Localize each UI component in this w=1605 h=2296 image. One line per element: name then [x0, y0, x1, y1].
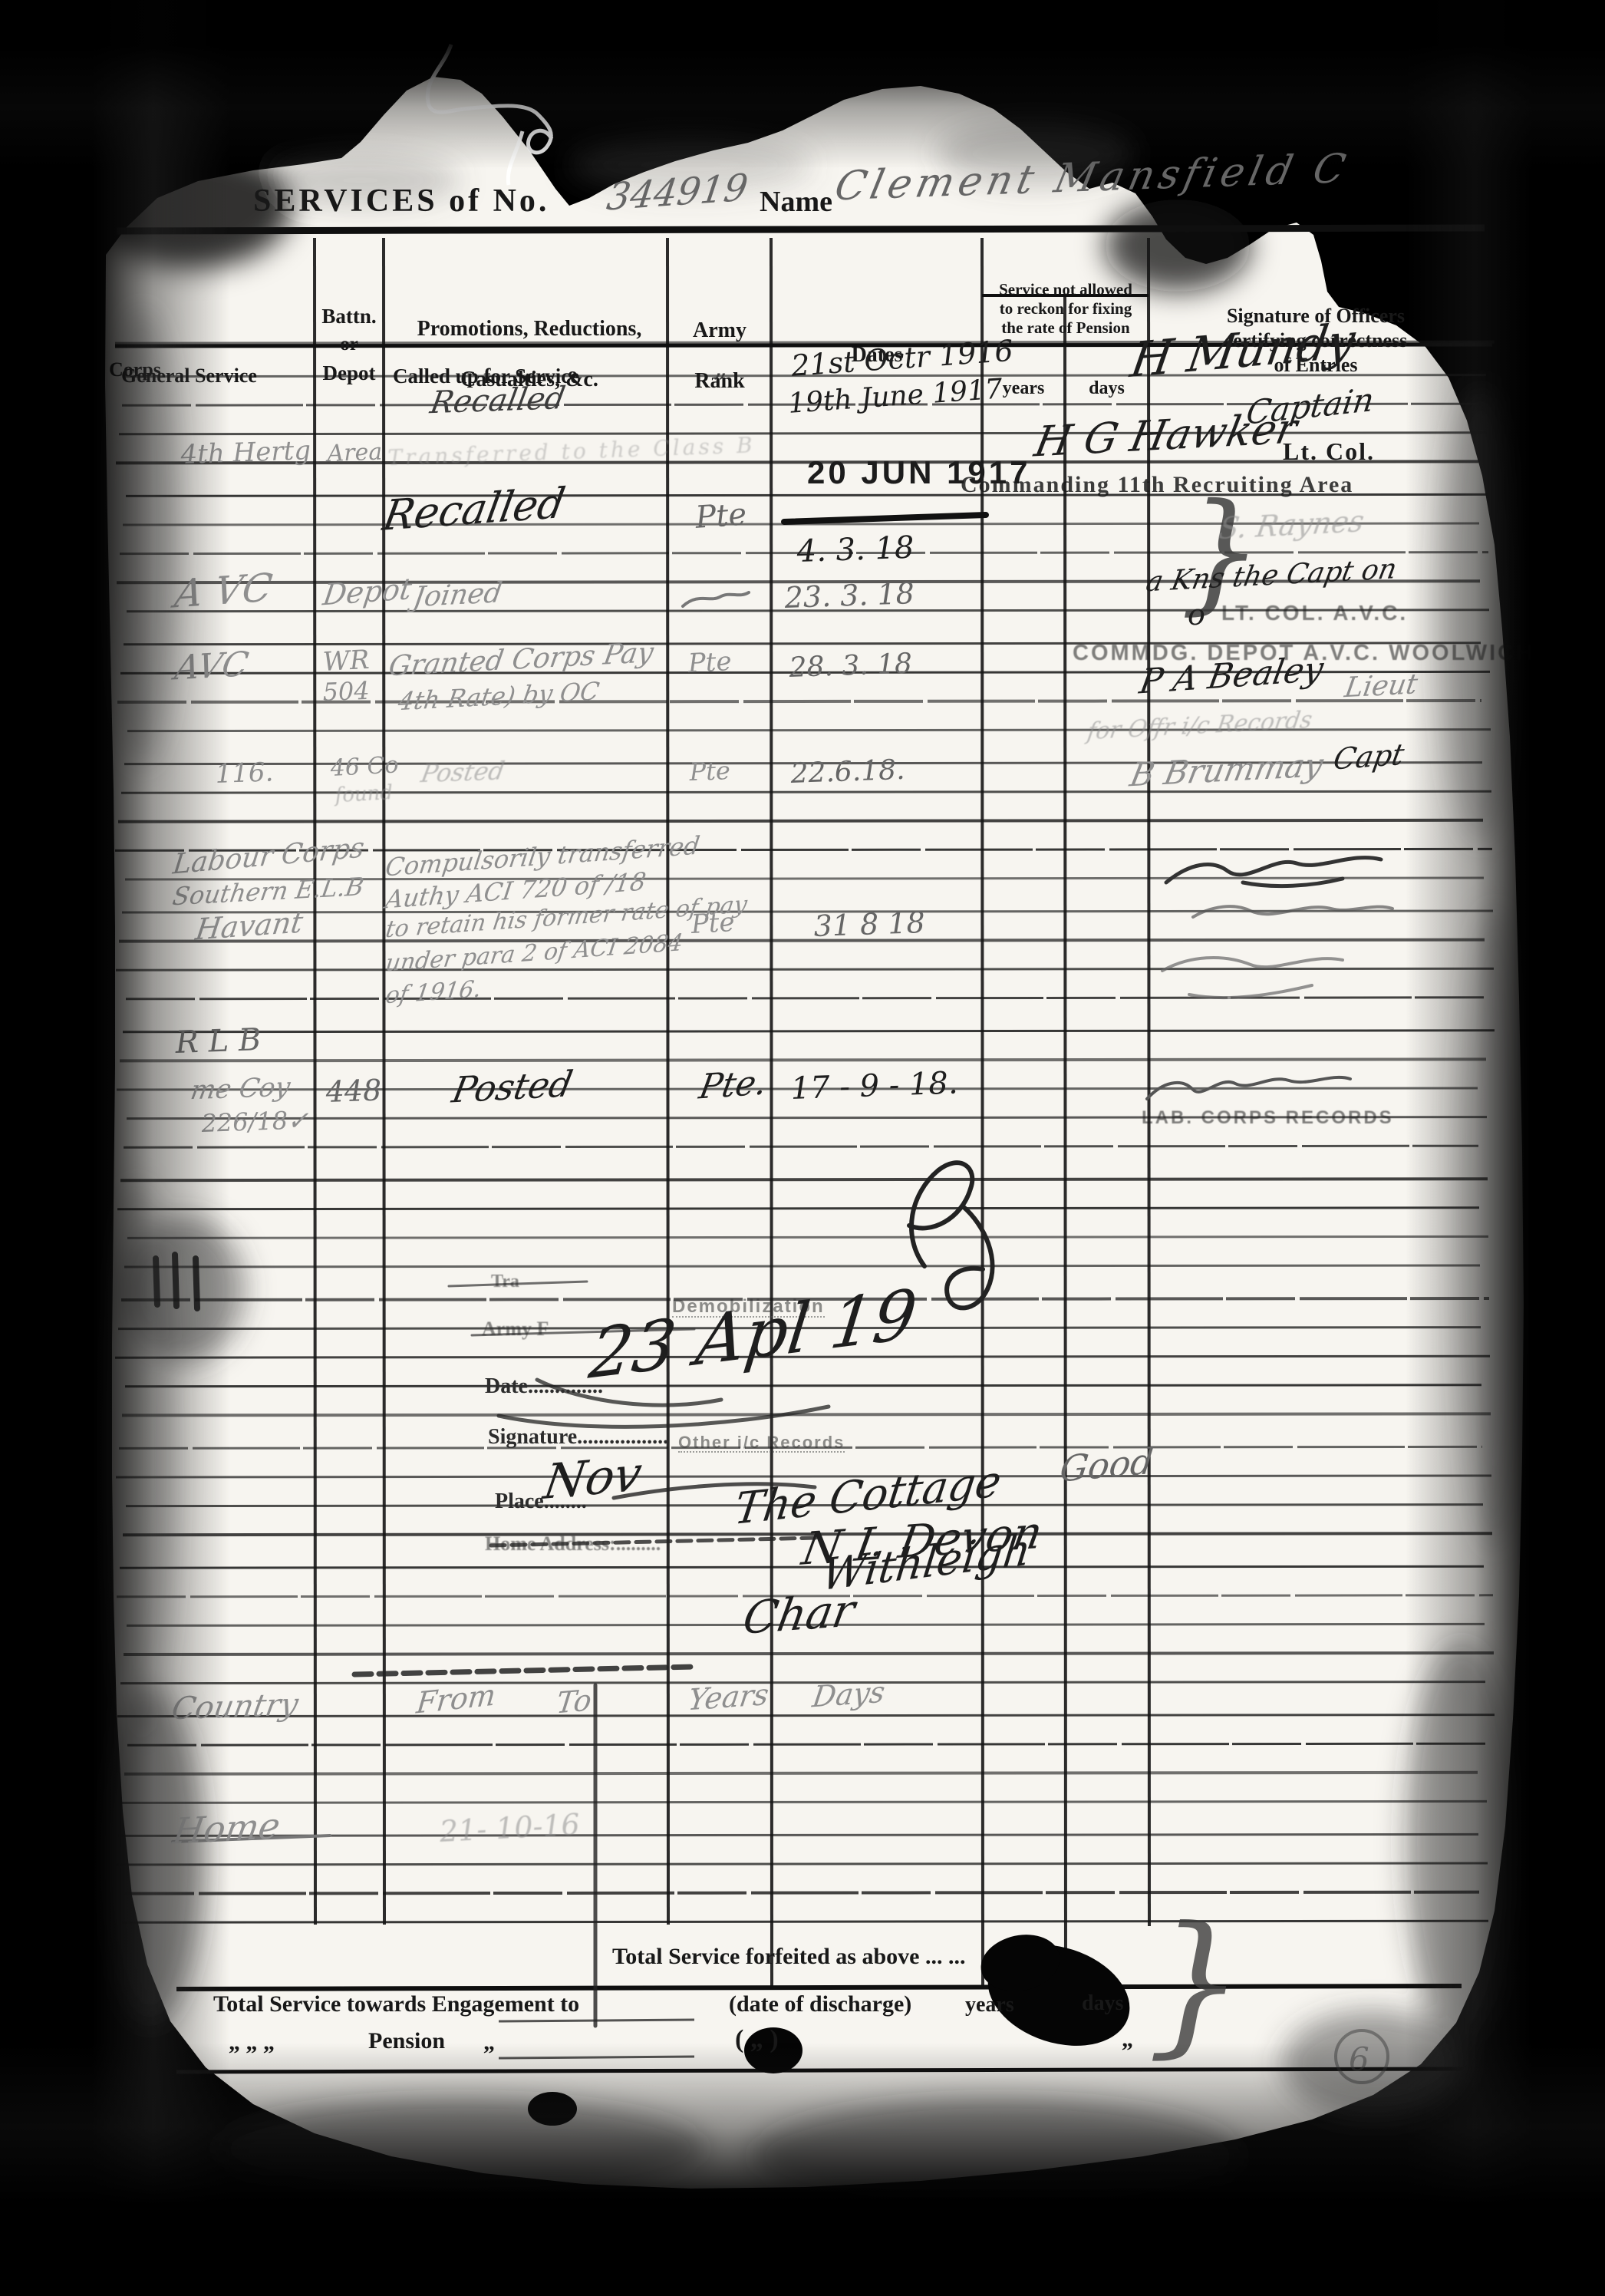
- row-joined: Joined: [411, 579, 504, 612]
- col-pension-1: Service not allowed: [984, 281, 1148, 298]
- stamp-commanding-area: Commanding 11th Recruiting Area: [961, 473, 1353, 497]
- row-rank-pte-2: Pte: [687, 648, 732, 678]
- sig-brummay: B Brummay: [1127, 748, 1326, 793]
- row-date-17-9-18: 17 - 9 - 18.: [790, 1067, 958, 1105]
- sig-raynes: S. Raynes: [1217, 506, 1366, 545]
- col-battn-2: or: [316, 335, 382, 355]
- brace-totals: }: [1147, 1903, 1244, 2064]
- summary-years: Years: [686, 1680, 770, 1717]
- sig-avc-initial: o: [1188, 600, 1205, 631]
- row-date-28-3-18: 28. 3. 18: [789, 649, 913, 682]
- total-years-label: years: [965, 1994, 1014, 2016]
- circled-six: 6: [1349, 2043, 1369, 2077]
- page-text: SERVICES of No. 344919 Name Clement Mans…: [0, 0, 1605, 2296]
- row-of-1916: of 1916.: [384, 977, 483, 1008]
- row-226-18: 226/18: [201, 1108, 288, 1137]
- row-rank-ditto: „: [714, 355, 727, 382]
- row-corps-116: 116.: [215, 759, 274, 788]
- row-date-4-3-18: 4. 3. 18: [796, 532, 915, 568]
- row-battn-wr: WR: [322, 647, 370, 677]
- service-record-scan: SERVICES of No. 344919 Name Clement Mans…: [0, 0, 1605, 2296]
- summary-home: Home: [170, 1807, 282, 1850]
- row-granted-corps-pay: Granted Corps Pay: [387, 638, 655, 681]
- col-battn-1: Battn.: [316, 305, 382, 327]
- row-rank-pte-1: Pte: [694, 498, 747, 534]
- demob-date-value: 23 Apl 19: [585, 1278, 920, 1391]
- demob-char: Char: [740, 1587, 859, 1642]
- stamp-lt-col: Lt. Col.: [1283, 439, 1375, 465]
- row-corps-general-service: General Service: [121, 365, 257, 386]
- row-corps-southern: Southern E.L.B: [171, 874, 366, 910]
- row-battn-found: found: [335, 783, 394, 807]
- total-days-label: days: [1082, 1992, 1123, 2014]
- demob-tra-label: Tra: [491, 1272, 519, 1291]
- stamp-other-ic-records: Other i/c Records: [678, 1433, 845, 1453]
- demob-character-good: Good: [1058, 1442, 1155, 1488]
- stamp-lab-corps-records: LAB. CORPS RECORDS: [1142, 1108, 1394, 1127]
- name-label: Name: [760, 187, 832, 218]
- col-pension-2: to reckon for fixing: [984, 300, 1148, 317]
- summary-date-21-10-16: 21- 10-16: [439, 1809, 581, 1847]
- row-rank-pte-3: Pte: [689, 758, 730, 785]
- col-promotions-1: Promotions, Reductions,: [393, 318, 666, 340]
- row-rank-pte-4: Pte: [690, 909, 735, 939]
- sig-lieut: Lieut: [1343, 670, 1419, 703]
- form-title: SERVICES of No.: [253, 184, 549, 218]
- row-posted: Posted: [450, 1065, 576, 1109]
- row-battn-area: Area: [327, 440, 383, 466]
- row-battn-depot: Depot: [321, 574, 414, 611]
- row-check-mark: ✓: [287, 1108, 309, 1136]
- row-corps-avc-1: A VC: [173, 567, 275, 615]
- summary-days: Days: [810, 1677, 887, 1713]
- row-date-22-6-18: 22.6.18.: [790, 756, 905, 789]
- col-battn-3: Depot: [316, 362, 382, 384]
- row-recalled-1: Recalled: [428, 382, 568, 419]
- row-recalled-2: Recalled: [380, 482, 569, 539]
- name-value: Clement Mansfield C: [831, 148, 1353, 208]
- row-corps-avc-2: AVC: [173, 647, 251, 687]
- row-corps-herts: 4th Hertg: [180, 437, 311, 470]
- summary-country: Country: [170, 1688, 301, 1725]
- service-number: 344919: [605, 168, 750, 217]
- row-battn-448: 448: [325, 1075, 382, 1107]
- sig-capt: Capt: [1331, 740, 1406, 776]
- summary-to: To: [555, 1685, 593, 1719]
- stamp-lt-col-avc: LT. COL. A.V.C.: [1221, 602, 1408, 624]
- row-posted-faint: Posted: [419, 758, 506, 787]
- total-pension-ditto-2: „: [1122, 2027, 1133, 2052]
- total-ditto-row: „ „ „: [229, 2030, 275, 2055]
- total-pension-ditto-1: „: [483, 2030, 495, 2055]
- row-rank-pte-5: Pte.: [697, 1065, 770, 1106]
- row-battn-504: 504: [322, 678, 370, 706]
- row-battn-46co: 46 Co: [330, 753, 399, 780]
- total-pension-paren: ( „ ): [735, 2026, 779, 2054]
- demob-home-address-label: Home Address:.........: [485, 1533, 661, 1554]
- total-discharge-label: (date of discharge): [729, 1992, 911, 2017]
- row-corps-coy: me Coy: [189, 1074, 292, 1105]
- row-transferred-class-b: Transferred to the Class B: [387, 434, 756, 469]
- summary-from: From: [415, 1680, 497, 1719]
- row-rate-by-oc: 4th Rate) by OC: [397, 678, 601, 715]
- row-date-23-3-18: 23. 3. 18: [784, 579, 915, 614]
- total-forfeited-label: Total Service forfeited as above ... ...: [612, 1945, 965, 1969]
- sig-for-records: for Offr i/c Records: [1086, 708, 1314, 744]
- col-army-1: Army: [669, 319, 770, 341]
- demob-army-form-label: Army F: [482, 1318, 549, 1339]
- row-date-31-8-18: 31 8 18: [813, 908, 925, 942]
- sig-hawker: H G Hawker: [1031, 407, 1300, 464]
- row-date-june-1917: 19th June 1917: [787, 374, 1004, 418]
- total-engagement-label: Total Service towards Engagement to: [213, 1992, 579, 2017]
- total-pension-label: Pension: [368, 2029, 445, 2054]
- row-corps-havant: Havant: [193, 907, 305, 945]
- demob-place-value: Nov: [541, 1448, 646, 1507]
- row-corps-rlb: R L B: [175, 1024, 262, 1059]
